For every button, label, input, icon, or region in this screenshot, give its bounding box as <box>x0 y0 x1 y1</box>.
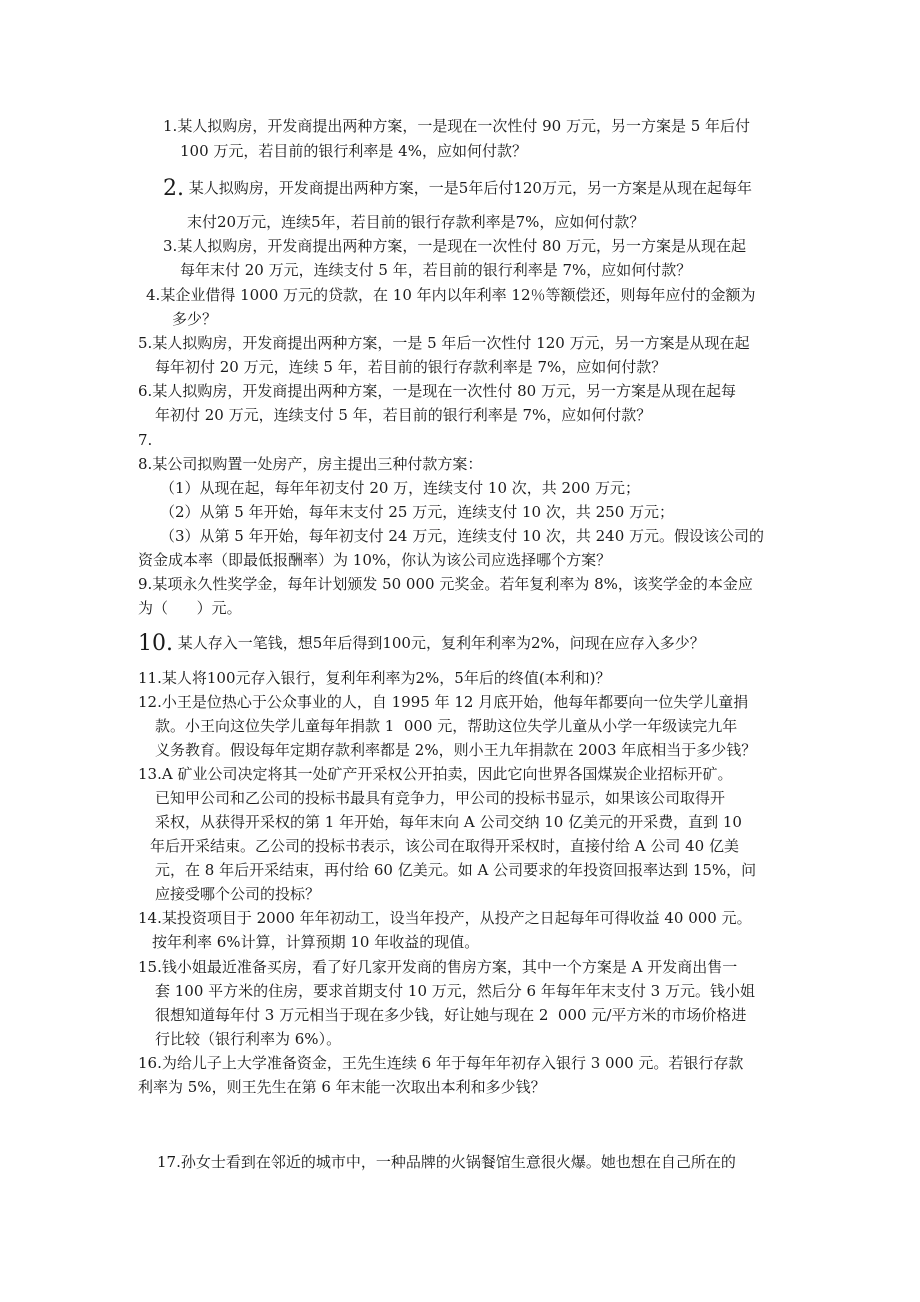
question-number: 1. <box>163 117 177 135</box>
question-3: 3.某人拟购房，开发商提出两种方案，一是现在一次性付 80 万元，另一方案是从现… <box>163 236 746 256</box>
question-number: 2. <box>163 176 184 201</box>
question-14: 14.某投资项目于 2000 年年初动工，设当年投产，从投产之日起每年可得收益 … <box>138 908 752 928</box>
question-text: 某人存入一笔钱，想5年后得到100元，复利年利率为2%，问现在应存入多少？ <box>178 634 705 652</box>
question-13: 13.A 矿业公司决定将其一处矿产开采权公开拍卖，因此它向世界各国煤炭企业招标开… <box>138 764 732 784</box>
question-2-line-2: 末付20万元，连续5年，若目前的银行存款利率是7%，应如何付款？ <box>187 212 644 232</box>
question-9-line-2: 为（ ）元。 <box>138 598 242 618</box>
question-number: 6. <box>138 382 152 400</box>
question-6-line-2: 年初付 20 万元，连续支付 5 年，若目前的银行利率是 7%，应如何付款？ <box>155 405 651 425</box>
question-1: 1.某人拟购房，开发商提出两种方案，一是现在一次性付 90 万元，另一方案是 5… <box>163 116 750 136</box>
question-number: 14. <box>138 909 162 927</box>
question-number: 11. <box>138 669 162 687</box>
question-16-line-2: 利率为 5%，则王先生在第 6 年末能一次取出本利和多少钱？ <box>138 1077 546 1097</box>
question-15: 15.钱小姐最近准备买房，看了好几家开发商的售房方案，其中一个方案是 A 开发商… <box>138 957 737 977</box>
question-text: 某人拟购房，开发商提出两种方案，一是现在一次性付 80 万元，另一方案是从现在起… <box>152 382 736 400</box>
question-text: 为给儿子上大学准备资金，王先生连续 6 年于每年年初存入银行 3 000 元。若… <box>162 1054 744 1072</box>
question-11: 11.某人将100元存入银行，复利年利率为2%，5年后的终值(本利和)？ <box>138 668 611 688</box>
question-15-line-2: 套 100 平方米的住房，要求首期支付 10 万元，然后分 6 年每年年末支付 … <box>155 981 755 1001</box>
question-text: 某人将100元存入银行，复利年利率为2%，5年后的终值(本利和)？ <box>162 669 611 687</box>
question-text: 某公司拟购置一处房产，房主提出三种付款方案： <box>152 455 482 473</box>
question-9: 9.某项永久性奖学金，每年计划颁发 50 000 元奖金。若年复利率为 8%，该… <box>138 574 753 594</box>
question-number: 12. <box>138 693 162 711</box>
question-2: 2. 某人拟购房，开发商提出两种方案，一是5年后付120万元，另一方案是从现在起… <box>163 178 752 199</box>
question-text: 小王是位热心于公众事业的人，自 1995 年 12 月底开始，他每年都要向一位失… <box>162 693 748 711</box>
question-5-line-2: 每年初付 20 万元，连续 5 年，若目前的银行存款利率是 7%，应如何付款？ <box>155 357 666 377</box>
question-13-line-4: 年后开采结束。乙公司的投标书表示，该公司在取得开采权时，直接付给 A 公司 40… <box>150 836 739 856</box>
question-1-line-2: 100 万元，若目前的银行利率是 4%，应如何付款？ <box>180 141 527 161</box>
question-14-line-2: 按年利率 6%计算，计算预期 10 年收益的现值。 <box>152 932 479 952</box>
question-number: 4. <box>146 286 160 304</box>
question-text: 某人拟购房，开发商提出两种方案，一是5年后付120万元，另一方案是从现在起每年 <box>189 179 752 197</box>
question-text: 某投资项目于 2000 年年初动工，设当年投产，从投产之日起每年可得收益 40 … <box>162 909 752 927</box>
question-4: 4.某企业借得 1000 万元的贷款，在 10 年内以年利率 12％等额偿还，则… <box>146 285 756 305</box>
question-15-line-3: 很想知道每年付 3 万元相当于现在多少钱，好让她与现在 2 000 元/平方米的… <box>155 1005 746 1025</box>
question-text: 孙女士看到在邻近的城市中，一种品牌的火锅餐馆生意很火爆。她也想在自己所在的 <box>181 1153 736 1171</box>
question-8: 8.某公司拟购置一处房产，房主提出三种付款方案： <box>138 454 482 474</box>
question-text: A 矿业公司决定将其一处矿产开采权公开拍卖，因此它向世界各国煤炭企业招标开矿。 <box>162 765 733 783</box>
question-16: 16.为给儿子上大学准备资金，王先生连续 6 年于每年年初存入银行 3 000 … <box>138 1053 743 1073</box>
question-7: 7. <box>138 430 152 450</box>
question-12: 12.小王是位热心于公众事业的人，自 1995 年 12 月底开始，他每年都要向… <box>138 692 748 712</box>
question-text: 某企业借得 1000 万元的贷款，在 10 年内以年利率 12％等额偿还，则每年… <box>160 286 755 304</box>
question-15-line-4: 行比较（银行利率为 6%）。 <box>155 1029 341 1049</box>
question-13-line-5: 元，在 8 年后开采结束，再付给 60 亿美元。如 A 公司要求的年投资回报率达… <box>155 860 756 880</box>
question-number: 5. <box>138 334 152 352</box>
question-text: 某人拟购房，开发商提出两种方案，一是 5 年后一次性付 120 万元，另一方案是… <box>152 334 749 352</box>
question-text: 某人拟购房，开发商提出两种方案，一是现在一次性付 80 万元，另一方案是从现在起 <box>177 237 746 255</box>
question-8-line-5: 资金成本率（即最低报酬率）为 10%，你认为该公司应选择哪个方案？ <box>138 550 611 570</box>
question-8-option-3: （3）从第 5 年开始，每年初支付 24 万元，连续支付 10 次，共 240 … <box>160 526 764 546</box>
question-text: 某人拟购房，开发商提出两种方案，一是现在一次性付 90 万元，另一方案是 5 年… <box>177 117 750 135</box>
question-text: 某项永久性奖学金，每年计划颁发 50 000 元奖金。若年复利率为 8%，该奖学… <box>152 575 753 593</box>
question-8-option-1: （1）从现在起，每年年初支付 20 万，连续支付 10 次，共 200 万元； <box>160 478 640 498</box>
question-6: 6.某人拟购房，开发商提出两种方案，一是现在一次性付 80 万元，另一方案是从现… <box>138 381 736 401</box>
question-8-option-2: （2）从第 5 年开始，每年末支付 25 万元，连续支付 10 次，共 250 … <box>160 502 674 522</box>
question-10: 10. 某人存入一笔钱，想5年后得到100元，复利年利率为2%，问现在应存入多少… <box>138 633 705 654</box>
question-number: 16. <box>138 1054 162 1072</box>
question-3-line-2: 每年末付 20 万元，连续支付 5 年，若目前的银行利率是 7%，应如何付款？ <box>180 260 691 280</box>
question-number: 15. <box>138 958 162 976</box>
question-number: 3. <box>163 237 177 255</box>
question-13-line-2: 已知甲公司和乙公司的投标书最具有竞争力，甲公司的投标书显示，如果该公司取得开 <box>155 788 725 808</box>
question-number: 9. <box>138 575 152 593</box>
question-13-line-3: 采权，从获得开采权的第 1 年开始，每年末向 A 公司交纳 10 亿美元的开采费… <box>155 812 742 832</box>
question-13-line-6: 应接受哪个公司的投标？ <box>155 884 320 904</box>
question-5: 5.某人拟购房，开发商提出两种方案，一是 5 年后一次性付 120 万元，另一方… <box>138 333 750 353</box>
question-number: 10. <box>138 631 173 656</box>
question-17: 17.孙女士看到在邻近的城市中，一种品牌的火锅餐馆生意很火爆。她也想在自己所在的 <box>157 1152 736 1172</box>
question-number: 8. <box>138 455 152 473</box>
question-12-line-2: 款。小王向这位失学儿童每年捐款 1 000 元，帮助这位失学儿童从小学一年级读完… <box>155 716 737 736</box>
question-12-line-3: 义务教育。假设每年定期存款利率都是 2%，则小王九年捐款在 2003 年底相当于… <box>155 740 756 760</box>
question-text: 钱小姐最近准备买房，看了好几家开发商的售房方案，其中一个方案是 A 开发商出售一 <box>162 958 737 976</box>
question-number: 17. <box>157 1153 181 1171</box>
question-number: 13. <box>138 765 162 783</box>
question-4-line-2: 多少？ <box>172 309 217 329</box>
